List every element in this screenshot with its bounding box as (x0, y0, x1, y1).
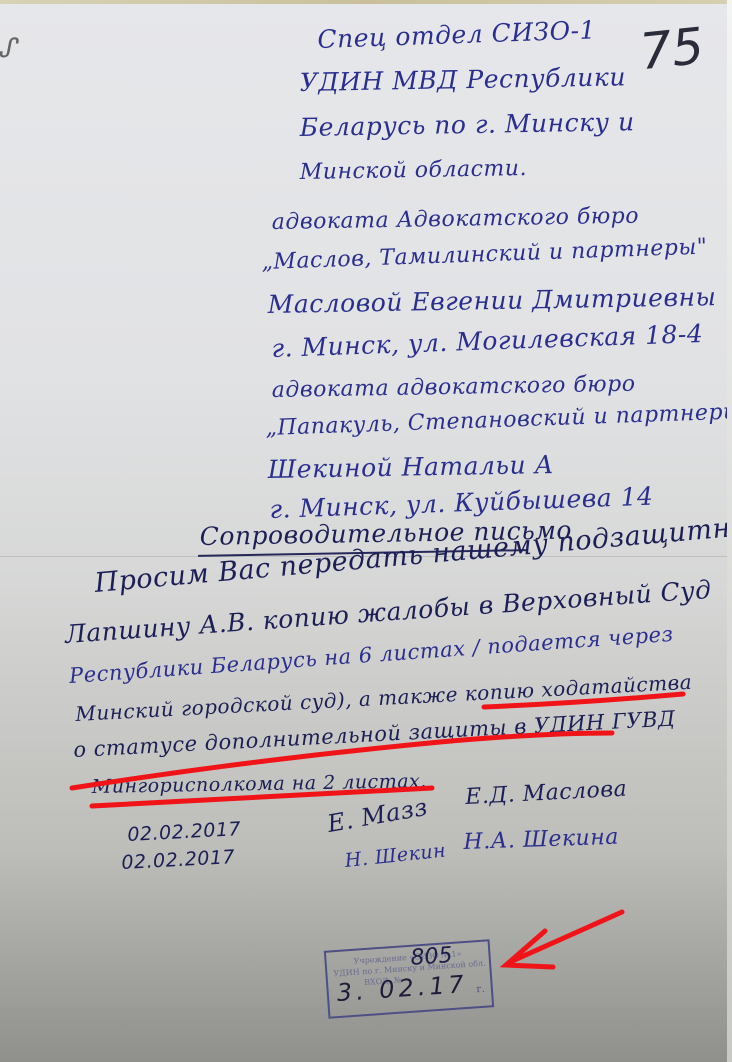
date-line: 02.02.2017 (127, 818, 242, 846)
sender-line: „Маслов, Тамилинский и партнеры" (261, 234, 708, 275)
sender-line: Масловой Евгении Дмитриевны (267, 282, 716, 319)
addressee-line: Минской области. (300, 156, 528, 185)
signature: Н. Шекин (344, 839, 447, 872)
addressee-line: Спец отдел СИЗО-1 (317, 15, 596, 54)
registration-stamp: Учреждение «СИЗО № 1» УДИН по г. Минску … (324, 939, 494, 1018)
sender-line: „Папакуль, Степановский и партнеры" (265, 399, 732, 441)
corner-mark: ᔑ (0, 34, 19, 64)
arrow-head (506, 931, 553, 967)
sender-line: Шекиной Натальи А (267, 450, 554, 484)
date-line: 02.02.2017 (121, 846, 236, 874)
body-line: Мингорисполкома на 2 листах. (92, 770, 427, 798)
sender-line: адвоката адвокатского бюро (272, 372, 636, 403)
arrow-shaft (510, 912, 622, 962)
stamp-date: 3. 02.17 (336, 979, 468, 999)
document-page: ᔑ 75 Спец отдел СИЗО-1 УДИН МВД Республи… (0, 0, 732, 1062)
addressee-line: Беларусь по г. Минску и (299, 107, 634, 142)
sender-line: г. Минск, ул. Могилевская 18-4 (271, 319, 704, 363)
signatory-name: Н.А. Шекина (463, 825, 619, 855)
addressee-line: УДИН МВД Республики (299, 62, 626, 97)
sender-line: адвоката Адвокатского бюро (272, 204, 640, 235)
page-number: 75 (637, 17, 706, 81)
stamp-suffix: г. (476, 984, 485, 996)
stamp-number: 805 (410, 950, 453, 964)
signature: Е. Мазз (325, 793, 430, 838)
signatory-name: Е.Д. Маслова (465, 777, 628, 810)
